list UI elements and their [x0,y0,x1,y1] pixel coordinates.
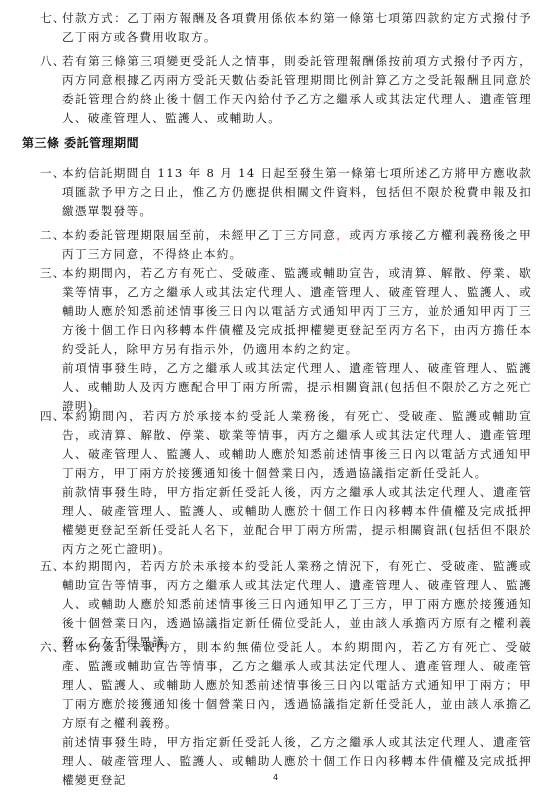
red-revision-mark: ， [336,228,349,242]
article-heading: 第三條 委託管理期間 [22,134,139,151]
item-text: 本約委託管理期限屆至前，未經甲乙丁三方同意，或丙方承接乙方權利義務後之甲丙丁三方… [62,226,532,264]
article-3-item-1: 一、 本約信託期間自 113 年 8 月 14 日起至發生第一條第七項所述乙方將… [40,164,532,221]
item-number: 四、 [40,407,62,426]
item-number: 三、 [40,264,62,283]
article-3-item-2: 二、 本約委託管理期限屆至前，未經甲乙丁三方同意，或丙方承接乙方權利義務後之甲丙… [40,226,532,264]
item-number: 六、 [40,638,62,657]
item-text: 若有第三條第三項變更受託人之情事，則委託管理報酬係按前項方式撥付予丙方，丙方同意… [62,52,532,128]
article-3-item-6: 六、 若本約簽訂未載丙方，則本約無備位受託人。本約期間內，若乙方有死亡、受破產、… [40,638,532,790]
article-3-item-3: 三、 本約期間內，若乙方有死亡、受破產、監護或輔助宣告，或清算、解散、停業、歇業… [40,264,532,416]
item-text: 付款方式：乙丁兩方報酬及各項費用係依本約第一條第七項第四款約定方式撥付予乙丁兩方… [62,9,532,47]
item-text: 本約信託期間自 113 年 8 月 14 日起至發生第一條第七項所述乙方將甲方應… [62,164,532,221]
article-2-item-7: 七、 付款方式：乙丁兩方報酬及各項費用係依本約第一條第七項第四款約定方式撥付予乙… [40,9,532,47]
item-number: 五、 [40,557,62,576]
item-number: 二、 [40,226,62,245]
page-number: 4 [0,773,551,782]
document-page: 七、 付款方式：乙丁兩方報酬及各項費用係依本約第一條第七項第四款約定方式撥付予乙… [0,0,551,808]
item-text: 前款情事發生時，甲方指定新任受託人後，丙方之繼承人或其法定代理人、遺產管理人、破… [62,483,532,559]
item-text: 若本約簽訂未載丙方，則本約無備位受託人。本約期間內，若乙方有死亡、受破產、監護或… [62,638,532,733]
article-2-item-8: 八、 若有第三條第三項變更受託人之情事，則委託管理報酬係按前項方式撥付予丙方，丙… [40,52,532,128]
item-number: 一、 [40,164,62,183]
item-number: 七、 [40,9,62,28]
item-text: 本約期間內，若乙方有死亡、受破產、監護或輔助宣告，或清算、解散、停業、歇業等情事… [62,264,532,359]
item-number: 八、 [40,52,62,71]
article-3-item-4: 四、 本約期間內，若丙方於承接本約受託人業務後，有死亡、受破產、監護或輔助宣告，… [40,407,532,559]
item-text: 本約期間內，若丙方於承接本約受託人業務後，有死亡、受破產、監護或輔助宣告，或清算… [62,407,532,483]
